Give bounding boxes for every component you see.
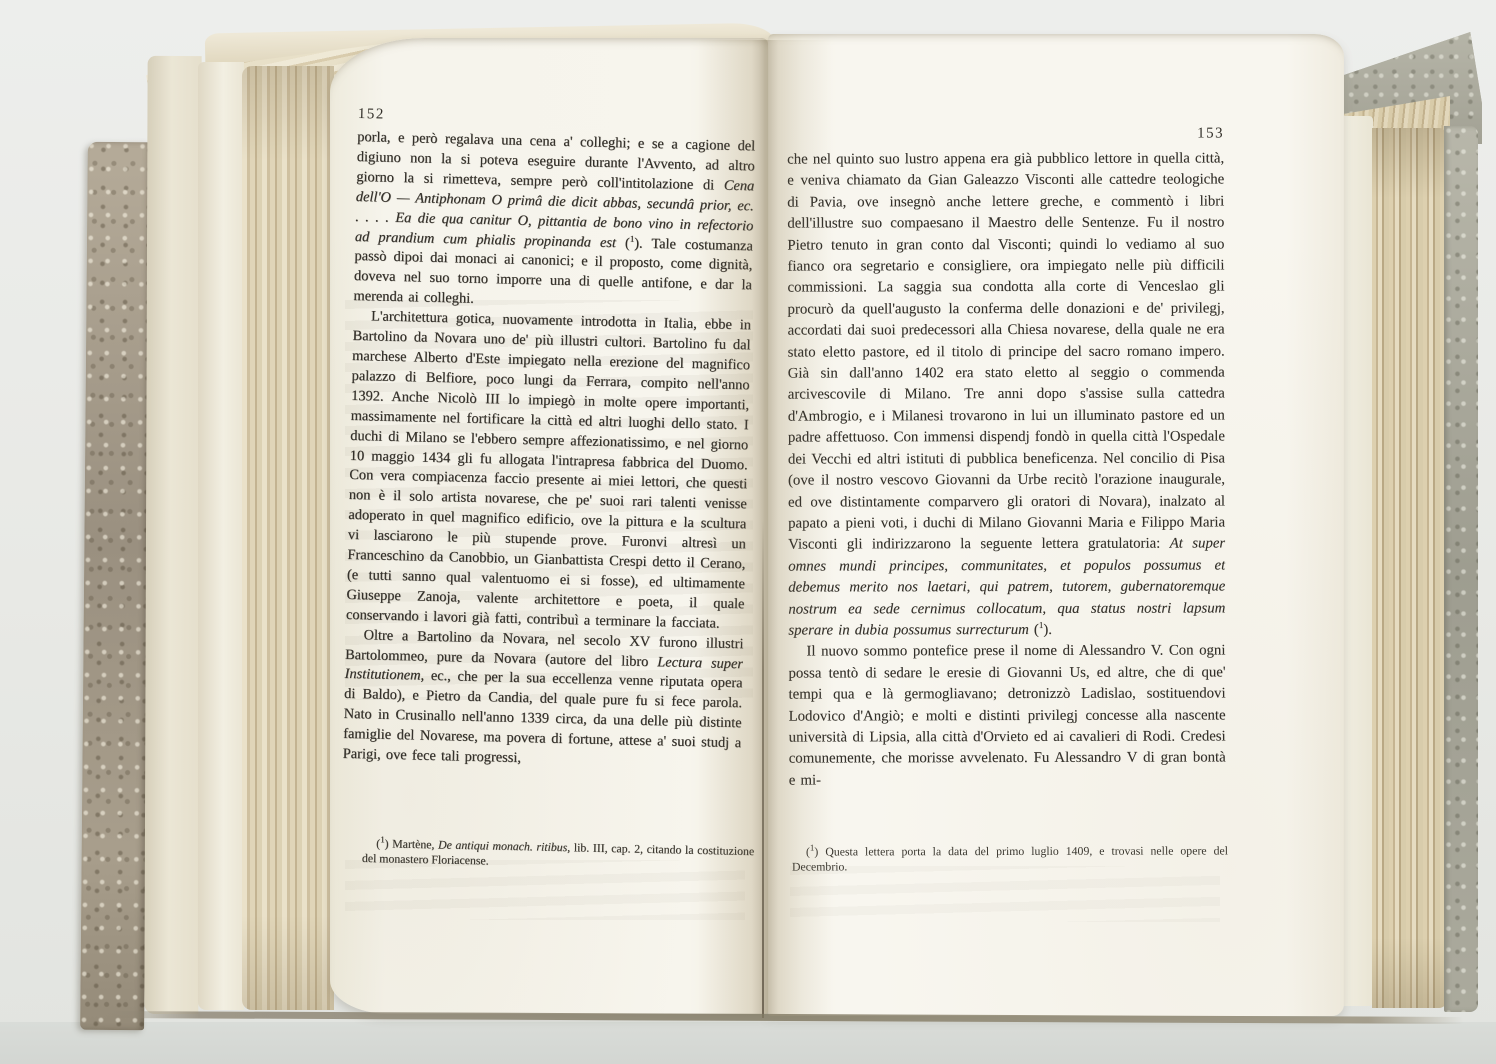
gutter-line — [762, 520, 764, 1018]
book-photo: 152 porla, e però regalava una cena a' c… — [0, 0, 1496, 1064]
left-paragraph-2: L'architettura gotica, nuovamente introd… — [346, 307, 751, 635]
right-page-block-edge — [1372, 128, 1447, 1008]
right-page-text: 153 che nel quinto suo lustro appena era… — [787, 125, 1226, 842]
right-paragraph-1: che nel quinto suo lustro appena era già… — [787, 148, 1225, 641]
right-recessed-page-edge — [1340, 116, 1373, 1006]
left-paragraph-1: porla, e però regalava una cena a' colle… — [353, 128, 755, 316]
right-footnote-text: (1) Questa lettera porta la data del pri… — [792, 843, 1228, 874]
right-footnote: (1) Questa lettera porta la data del pri… — [792, 843, 1228, 874]
table-surface — [0, 1022, 1496, 1064]
left-cover-edge — [80, 142, 152, 1031]
right-page-number: 153 — [787, 125, 1224, 143]
left-page-text: 152 porla, e però regalava una cena a' c… — [341, 106, 756, 845]
left-page-block-edge — [242, 66, 334, 1010]
left-flyleaf — [198, 62, 244, 1010]
right-paragraph-2: Il nuovo sommo pontefice prese il nome d… — [788, 641, 1225, 792]
left-paragraph-3: Oltre a Bartolino da Novara, nel secolo … — [342, 626, 743, 775]
left-endpaper — [144, 56, 201, 1014]
right-cover-edge — [1444, 126, 1478, 1012]
